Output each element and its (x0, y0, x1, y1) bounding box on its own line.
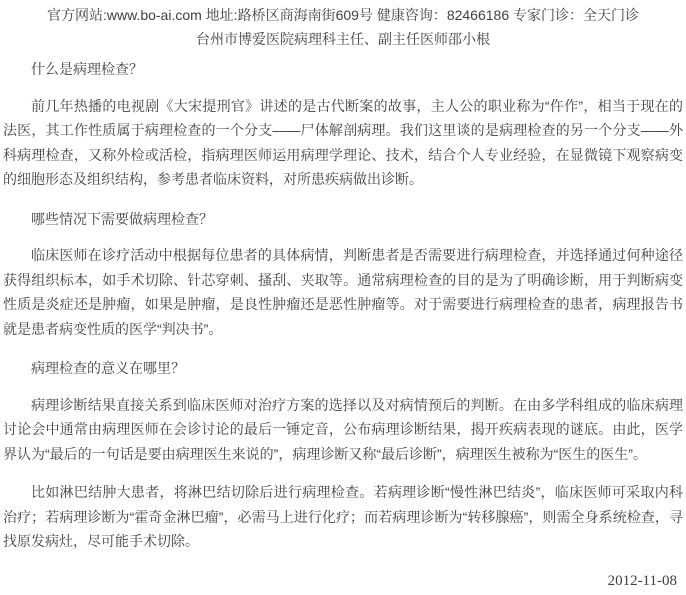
publish-date: 2012-11-08 (608, 573, 677, 589)
section-heading-significance: 病理检查的意义在哪里？ (3, 356, 683, 381)
paragraph-what-is-pathology-exam: 前几年热播的电视剧《大宋提刑官》讲述的是古代断案的故事，主人公的职业称为“仵作”… (3, 94, 683, 192)
section-heading-when-needed: 哪些情况下需要做病理检查？ (3, 207, 683, 232)
article-page: 官方网站:www.bo-ai.com 地址:路桥区商海南街609号 健康咨询：8… (0, 0, 686, 593)
paragraph-significance: 病理诊断结果直接关系到临床医师对治疗方案的选择以及对病情预后的判断。在由多学科组… (3, 393, 683, 467)
article-body: 什么是病理检查？ 前几年热播的电视剧《大宋提刑官》讲述的是古代断案的故事，主人公… (3, 57, 683, 554)
author-byline: 台州市博爱医院病理科主任、副主任医师邵小根 (3, 27, 683, 51)
contact-info-line: 官方网站:www.bo-ai.com 地址:路桥区商海南街609号 健康咨询：8… (3, 3, 683, 27)
paragraph-when-needed: 临床医师在诊疗活动中根据每位患者的具体病情，判断患者是否需要进行病理检查，并选择… (3, 243, 683, 341)
page-header: 官方网站:www.bo-ai.com 地址:路桥区商海南街609号 健康咨询：8… (3, 3, 683, 51)
page-footer: 2012-11-08 (3, 568, 683, 594)
section-heading-what-is-pathology-exam: 什么是病理检查？ (3, 57, 683, 82)
paragraph-lymph-node-example: 比如淋巴结肿大患者，将淋巴结切除后进行病理检查。若病理诊断“慢性淋巴结炎”，临床… (3, 480, 683, 554)
